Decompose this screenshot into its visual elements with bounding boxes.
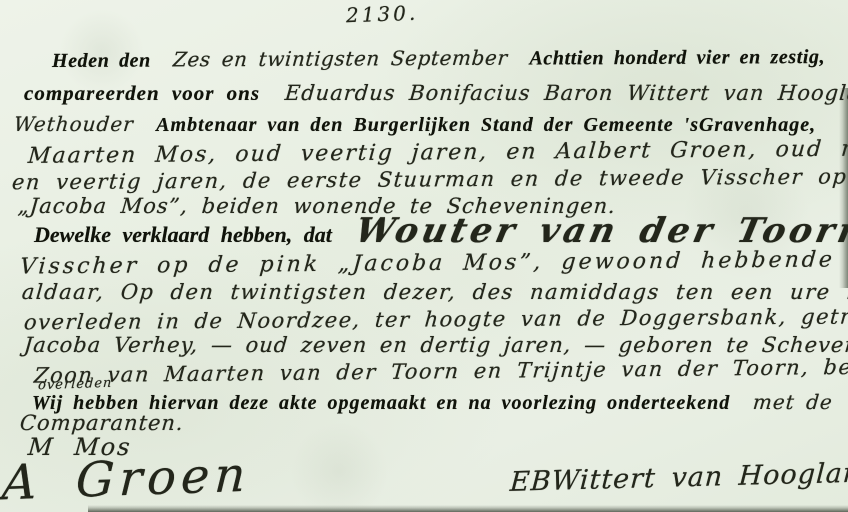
document-line: overleden in de Noordzee, ter hoogte van…: [24, 304, 848, 335]
signature-aalbert-groen: A Groen: [1, 448, 251, 512]
handwritten-text: overleden in de Noordzee, ter hoogte van…: [23, 304, 848, 335]
handwritten-text: Visscher op de pink „Jacoba Mos”, gewoon…: [19, 247, 836, 279]
document-line: en veertig jaren, de eerste Stuurman en …: [12, 164, 848, 195]
signature-registrar: EBWittert van Hoogland: [510, 457, 848, 498]
handwritten-text: aldaar, Op den twintigsten dezer, des na…: [21, 280, 848, 304]
handwritten-text: Eduardus Bonifacius Baron Wittert van Ho…: [284, 81, 848, 105]
scan-edge-shadow-right: [839, 88, 848, 288]
signature-text: A Groen: [1, 448, 252, 512]
handwritten-text: Zes en twintigsten September: [172, 47, 509, 72]
document-line: aldaar, Op den twintigsten dezer, des na…: [22, 280, 848, 304]
printed-form-text: Dewelke verklaard hebben, dat: [34, 222, 332, 247]
document-line: Comparanten.: [20, 411, 184, 435]
scanned-death-record: 2130. Heden den Zes en twintigsten Septe…: [0, 0, 848, 512]
handwritten-text: en veertig jaren, de eerste Stuurman en …: [11, 164, 848, 195]
document-line: compareerden voor ons Eduardus Bonifaciu…: [24, 81, 848, 105]
handwritten-text: Zoon van Maarten van der Toorn en Trijnt…: [33, 354, 848, 387]
deceased-name-text: Wouter van der Toorn,: [352, 212, 848, 251]
document-line: Jacoba Verhey, — oud zeven en dertig jar…: [24, 333, 848, 357]
document-line: Zoon van Maarten van der Toorn en Trijnt…: [34, 354, 848, 387]
document-line: Visscher op de pink „Jacoba Mos”, gewoon…: [20, 247, 835, 279]
act-number: 2130.: [346, 2, 419, 28]
printed-form-text: Achttien honderd vier en zestig,: [529, 46, 825, 71]
handwritten-text: Maarten Mos, oud veertig jaren, en Aalbe…: [27, 136, 848, 169]
document-line: Maarten Mos, oud veertig jaren, en Aalbe…: [28, 136, 848, 169]
document-line: Dewelke verklaard hebben, dat Wouter van…: [34, 212, 848, 251]
document-line: Wethouder Ambtenaar van den Burgerlijken…: [14, 113, 816, 137]
handwritten-text: met de: [752, 391, 834, 414]
handwritten-text: Comparanten.: [19, 411, 185, 435]
document-line: Heden den Zes en twintigsten September A…: [52, 45, 825, 73]
printed-form-text: Heden den: [52, 50, 151, 74]
printed-form-text: compareerden voor ons: [24, 81, 260, 105]
handwritten-text: Jacoba Verhey, — oud zeven en dertig jar…: [23, 333, 848, 357]
signature-text: EBWittert van Hoogland: [509, 457, 848, 498]
handwritten-text: Wethouder: [13, 113, 135, 136]
scan-edge-shadow-bottom: [88, 505, 848, 512]
printed-form-text: Ambtenaar van den Burgerlijken Stand der…: [156, 114, 816, 137]
